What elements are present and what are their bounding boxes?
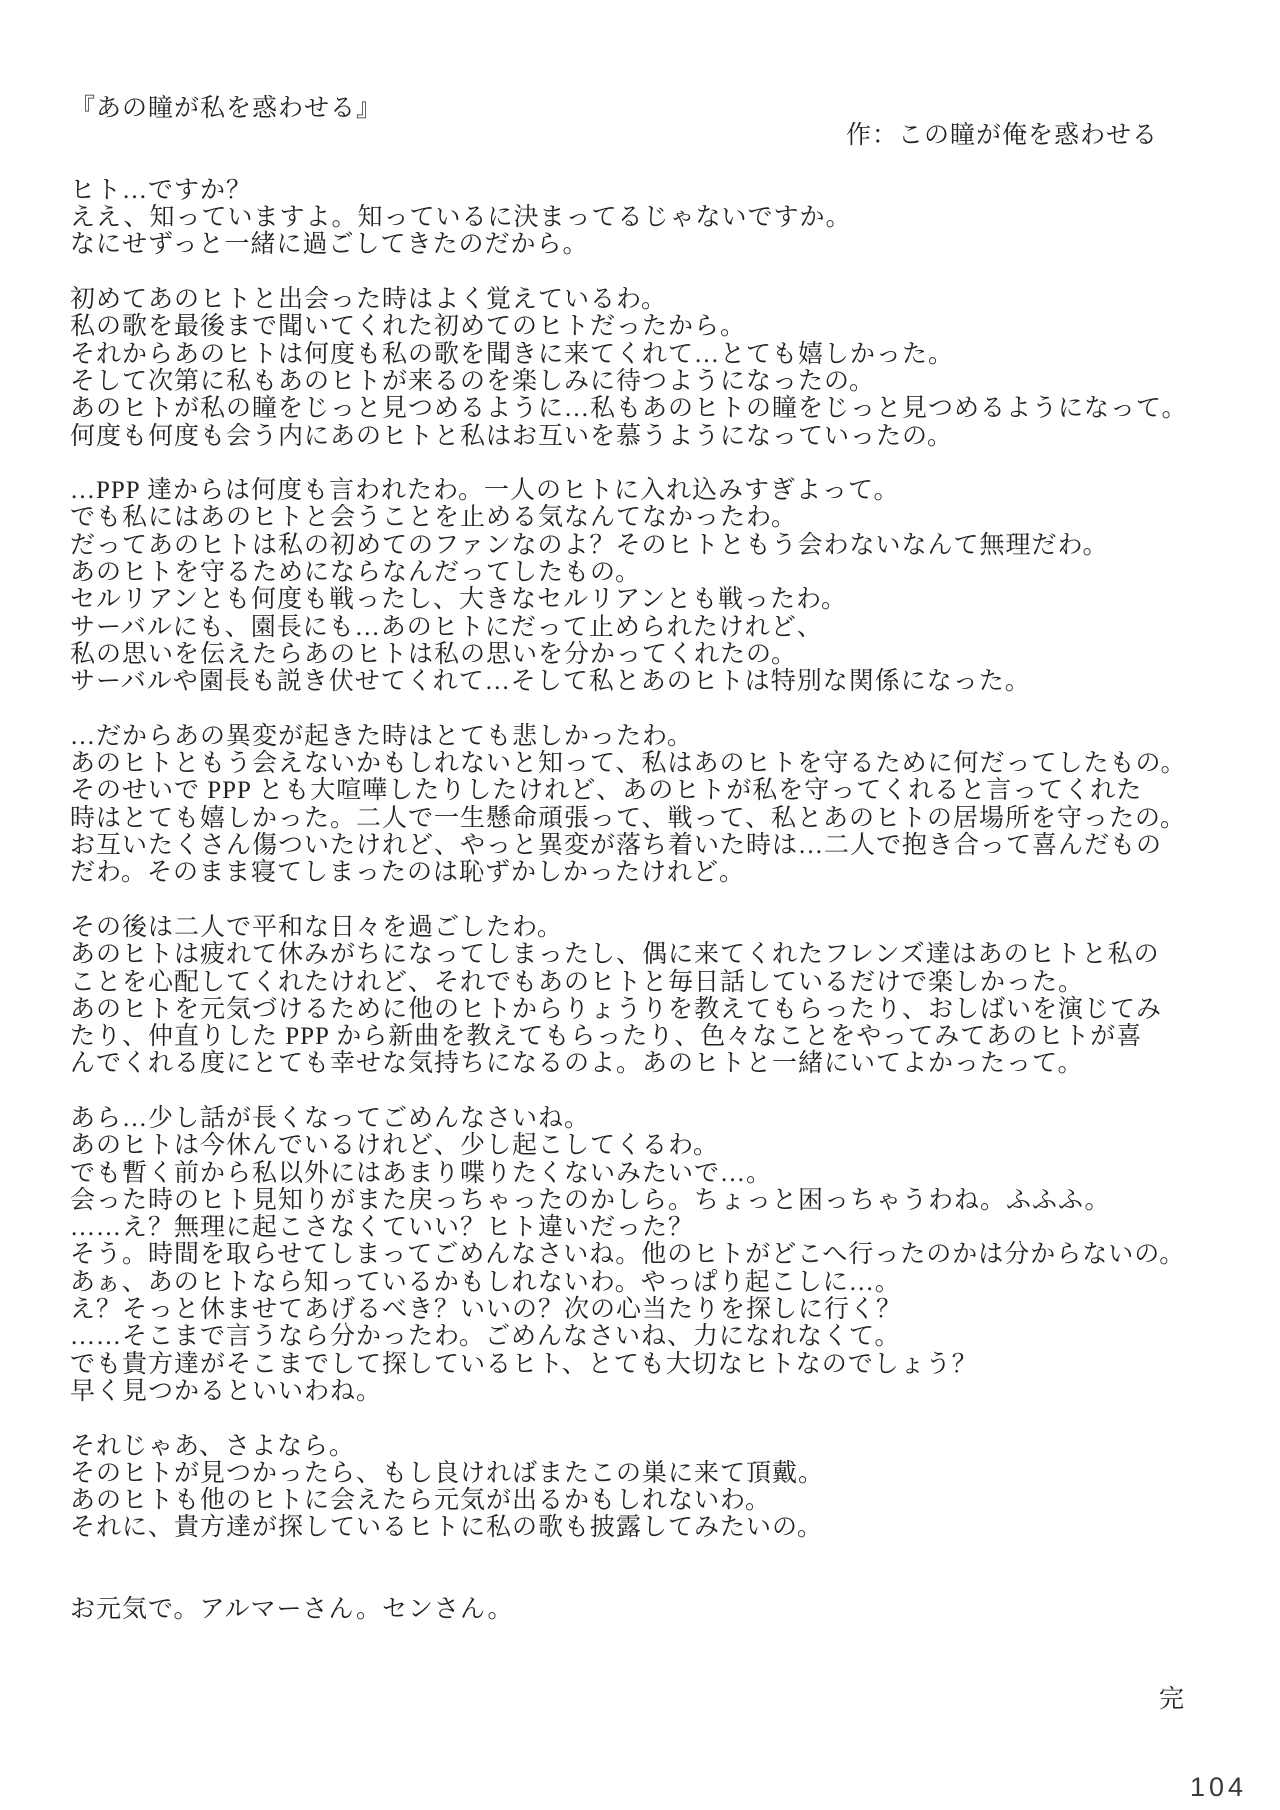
paragraph-5: その後は二人で平和な日々を過ごしたわ。 あのヒトは疲れて休みがちになってしまった…	[70, 914, 1225, 1078]
paragraph-3: …PPP 達からは何度も言われたわ。一人のヒトに入れ込みすぎよって。 でも私には…	[70, 477, 1225, 695]
story-title: 『あの瞳が私を惑わせる』	[70, 95, 1225, 122]
paragraph-6: あら…少し話が長くなってごめんなさいね。 あのヒトは今休んでいるけれど、少し起こ…	[70, 1105, 1225, 1405]
paragraph-7: それじゃあ、さよなら。 そのヒトが見つかったら、もし良ければまたこの巣に来て頂戴…	[70, 1433, 1225, 1542]
paragraph-1: ヒト…ですか？ ええ、知っていますよ。知っているに決まってるじゃないですか。 な…	[70, 177, 1225, 259]
page-number: 104	[1190, 1772, 1247, 1803]
author-credit: 作：この瞳が俺を惑わせる	[70, 122, 1225, 149]
paragraph-8-farewell: お元気で。アルマーさん。センさん。	[70, 1596, 1225, 1623]
end-mark: 完	[70, 1686, 1225, 1713]
paragraph-2: 初めてあのヒトと出会った時はよく覚えているわ。 私の歌を最後まで聞いてくれた初め…	[70, 286, 1225, 450]
paragraph-4: …だからあの異変が起きた時はとても悲しかったわ。 あのヒトともう会えないかもしれ…	[70, 723, 1225, 887]
document-page: 『あの瞳が私を惑わせる』 作：この瞳が俺を惑わせる ヒト…ですか？ ええ、知って…	[0, 0, 1280, 1810]
story-text-block: 『あの瞳が私を惑わせる』 作：この瞳が俺を惑わせる ヒト…ですか？ ええ、知って…	[70, 95, 1225, 1713]
